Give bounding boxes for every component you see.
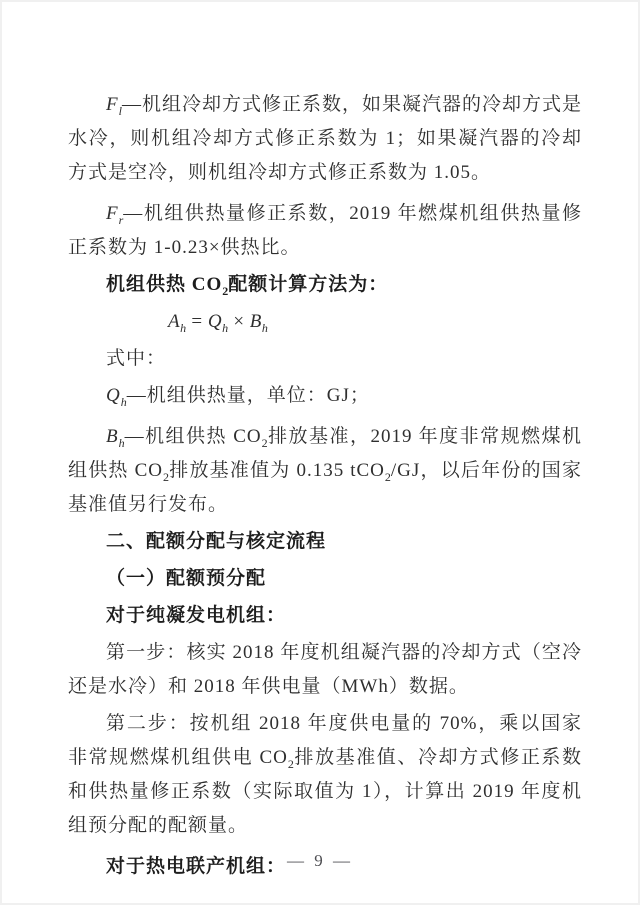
formula-ah-equals-qh-times-bh: Ah = Qh × Bh [68, 305, 582, 339]
document-body: Fl—机组冷却方式修正系数，如果凝汽器的冷却方式是水冷，则机组冷却方式修正系数为… [68, 88, 582, 887]
paragraph-qh-definition: Qh—机组供热量，单位：GJ； [68, 379, 582, 413]
page-number: — 9 — [0, 851, 640, 871]
paragraph-step-1: 第一步：核实 2018 年度机组凝汽器的冷却方式（空冷还是水冷）和 2018 年… [68, 636, 582, 704]
heading-heat-supply-co2-method: 机组供热 CO2配额计算方法为： [68, 268, 582, 302]
paragraph-cooling-coefficient-fl: Fl—机组冷却方式修正系数，如果凝汽器的冷却方式是水冷，则机组冷却方式修正系数为… [68, 88, 582, 190]
paragraph-heat-supply-coefficient-fr: Fr—机组供热量修正系数，2019 年燃煤机组供热量修正系数为 1-0.23×供… [68, 197, 582, 265]
heading-section-2-allocation-process: 二、配额分配与核定流程 [68, 525, 582, 559]
document-page: Fl—机组冷却方式修正系数，如果凝汽器的冷却方式是水冷，则机组冷却方式修正系数为… [0, 0, 640, 905]
paragraph-formula-intro: 式中： [68, 342, 582, 376]
heading-pure-condensing-units: 对于纯凝发电机组： [68, 599, 582, 633]
paragraph-bh-definition: Bh—机组供热 CO2排放基准，2019 年度非常规燃煤机组供热 CO2排放基准… [68, 420, 582, 522]
paragraph-step-2: 第二步：按机组 2018 年度供电量的 70%，乘以国家非常规燃煤机组供电 CO… [68, 707, 582, 843]
heading-sub-1-quota-pre-allocation: （一）配额预分配 [68, 562, 582, 596]
